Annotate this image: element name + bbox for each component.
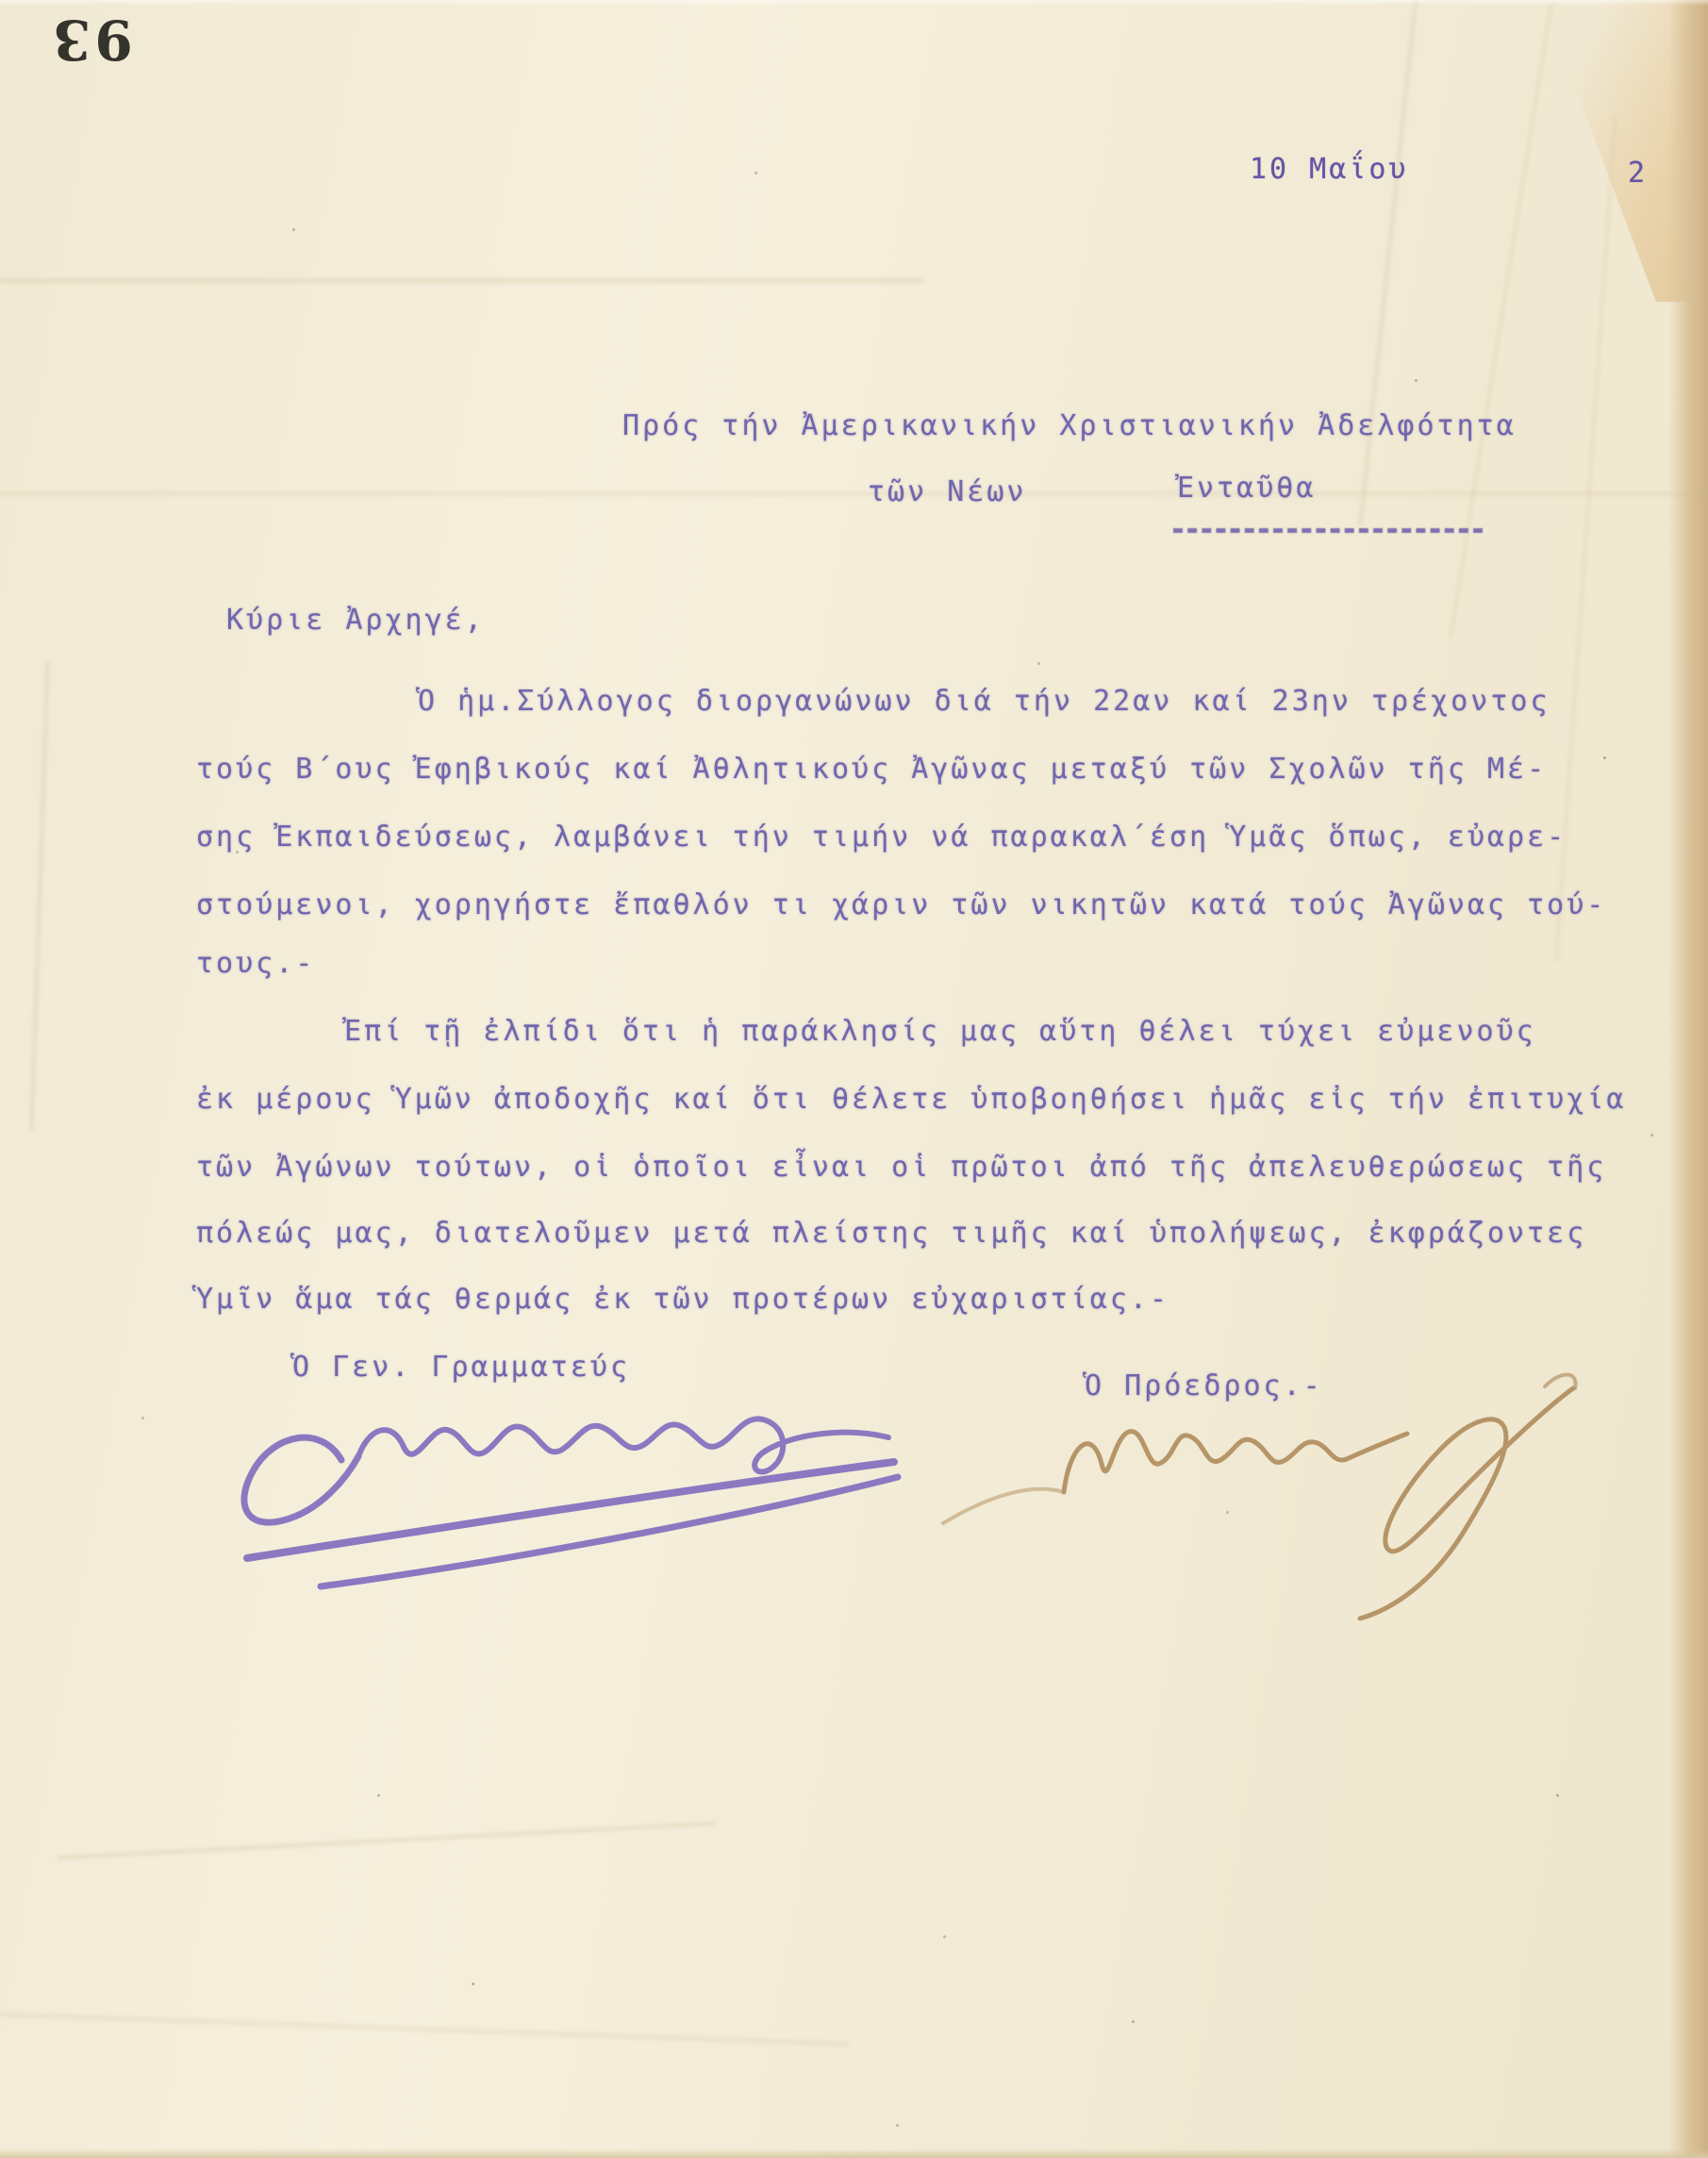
signatures-layer xyxy=(0,0,1708,2158)
secretary-signature xyxy=(244,1419,898,1586)
president-signature xyxy=(943,1374,1576,1618)
scanned-letter-page: 93 10 Μαΐου 2 Πρός τήν Ἀμερικανικήν Χρισ… xyxy=(0,0,1708,2158)
